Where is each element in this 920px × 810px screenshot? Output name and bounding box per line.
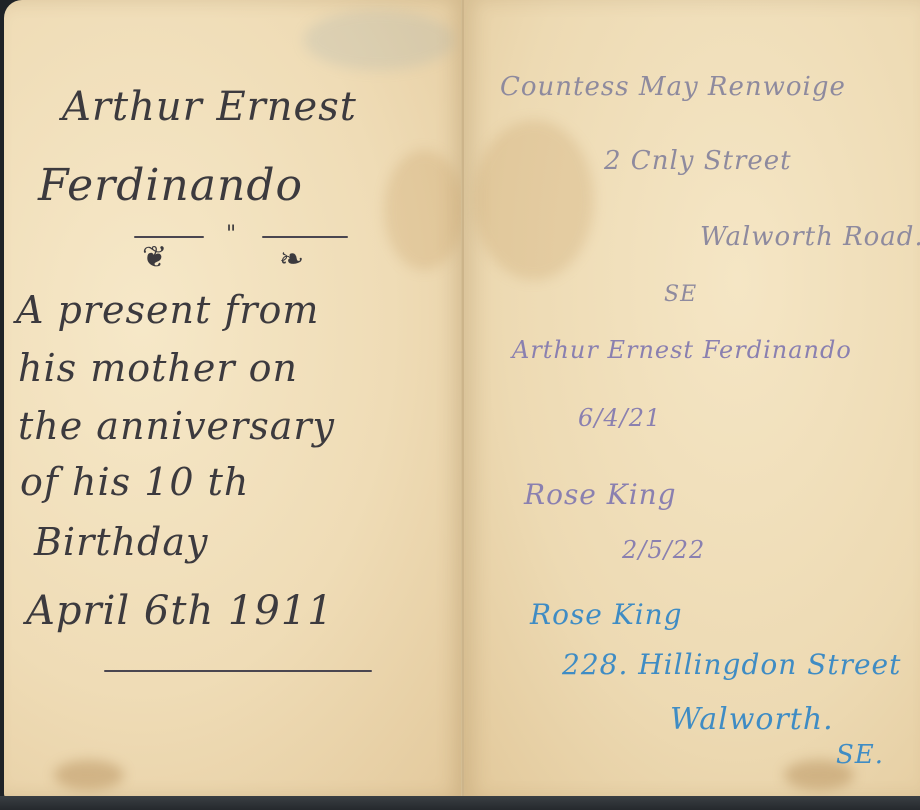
blue-address-line: SE. <box>836 740 884 770</box>
inscription-date: April 6th 1911 <box>26 588 334 634</box>
purple-entry: Arthur Ernest Ferdinando <box>512 336 852 364</box>
purple-entry: Rose King <box>524 478 677 511</box>
flourish-icon: ❧ <box>279 242 304 277</box>
book-spread: Arthur Ernest Ferdinando " ❦ ❧ A present… <box>0 0 920 810</box>
ornament-rule <box>134 236 204 238</box>
ornament-rule <box>262 236 348 238</box>
dedication-line: A present from <box>16 288 319 332</box>
flourish-icon: ❦ <box>142 240 167 275</box>
closing-rule <box>104 670 372 672</box>
dedication-line: the anniversary <box>18 404 335 448</box>
right-endpaper: Countess May Renwoige 2 Cnly Street Walw… <box>464 0 920 798</box>
purple-entry: 2/5/22 <box>622 536 705 564</box>
dedication-line: Birthday <box>34 520 208 564</box>
inscription-name-first: Arthur Ernest <box>62 84 357 130</box>
inscription-name-last: Ferdinando <box>38 160 303 211</box>
blue-address-line: Walworth. <box>670 702 834 737</box>
stain <box>54 760 124 790</box>
left-endpaper: Arthur Ernest Ferdinando " ❦ ❧ A present… <box>4 0 464 798</box>
stain <box>474 120 594 280</box>
page-block-edge <box>0 796 920 810</box>
pencil-address-line: 2 Cnly Street <box>604 146 792 176</box>
pencil-address-line: Countess May Renwoige <box>500 72 846 102</box>
ditto-mark: " <box>226 222 237 247</box>
stain <box>304 10 454 70</box>
pencil-address-line: Walworth Road. <box>700 222 920 252</box>
stain <box>384 150 464 270</box>
dedication-line: of his 10 th <box>20 460 249 504</box>
dedication-line: his mother on <box>18 346 298 390</box>
blue-address-line: Rose King <box>530 598 683 631</box>
pencil-address-line: SE <box>664 282 697 307</box>
purple-entry: 6/4/21 <box>578 404 661 432</box>
blue-address-line: 228. Hillingdon Street <box>562 648 901 681</box>
